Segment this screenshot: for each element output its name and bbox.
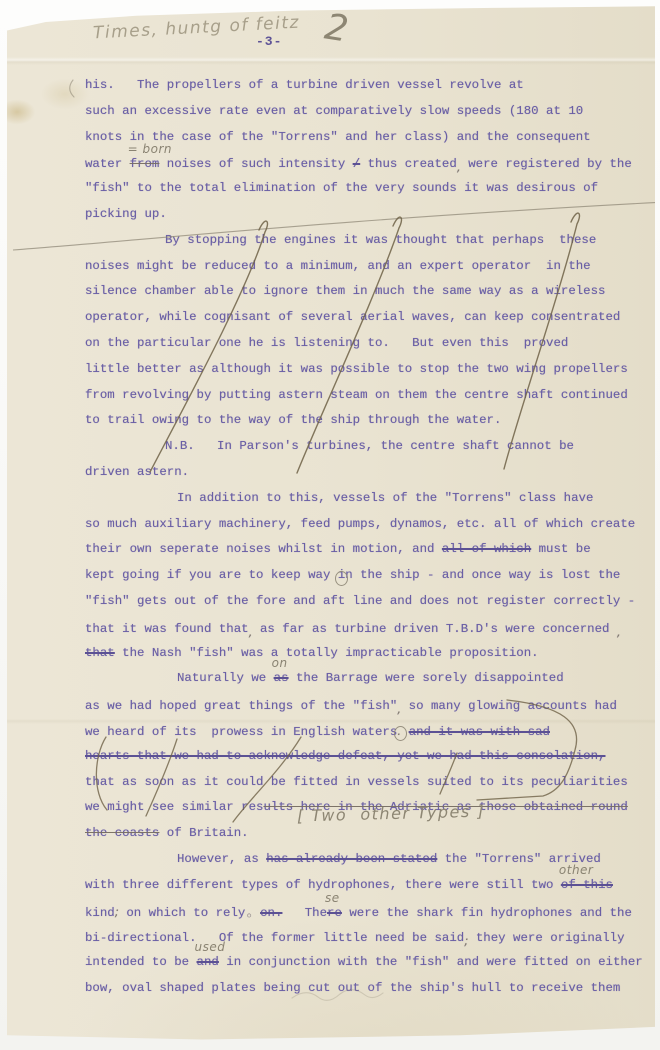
typed-text-segment: were the shark fin hydrophones and the [342,906,632,920]
typed-text-segment: we heard of its prowess in English water… [85,725,397,739]
typed-line: "fish" gets out of the fore and aft line… [85,589,660,615]
typed-line: water from= born noises of such intensit… [85,150,660,176]
typed-line: bi-directional. Of the former little nee… [85,924,660,950]
corrected-text: ason [274,671,289,685]
typed-line: noises might be reduced to a minimum, an… [85,254,660,280]
struck-text: and [197,955,219,969]
typed-line: the coasts of Britain. [85,821,660,847]
pencil-correction: used [195,940,226,954]
struck-text: on. [260,906,282,920]
typed-text-segment: n the ship - and once way is lost the [345,568,620,582]
typed-text-segment: on the particular one he is listening to… [85,336,568,350]
typed-text-segment: However, as [177,852,266,866]
typed-line: to trail owing to the way of the ship th… [85,408,660,434]
typed-text-segment: of Britain. [159,826,248,840]
typed-text-segment: silence chamber able to ignore them in m… [85,284,606,298]
struck-text: that [85,646,115,660]
struck-text: re [327,906,342,920]
pencil-inline-mark: , [457,159,461,174]
typed-line: silence chamber able to ignore them in m… [85,279,660,305]
typed-text-segment: operator, while cognisant of several aer… [85,310,620,324]
typed-page-number: -3- [256,34,282,49]
typed-text-segment: By stopping the engines it was thought t… [165,233,596,247]
typed-line: kept going if you are to keep way in the… [85,563,660,589]
typed-line: his. The propellers of a turbine driven … [85,73,660,99]
typed-text-segment: from revolving by putting astern steam o… [85,388,628,402]
typed-text-segment: so many glowing accounts had [401,699,617,713]
typed-text-segment: they were originally [468,931,624,945]
typed-text-segment: i [338,568,345,582]
typed-text-segment: In addition to this, vessels of the "Tor… [177,491,593,505]
typed-text-segment: "fish" gets out of the fore and aft line… [85,594,635,608]
typed-text-segment: little better as although it was possibl… [85,362,628,376]
typed-text-segment: so much auxiliary machinery, feed pumps,… [85,517,635,531]
typed-line: bow, oval shaped plates being cut out of… [85,976,660,1002]
typed-text-segment: with three different types of hydrophone… [85,878,561,892]
typed-text-segment: as far as turbine driven T.B.D's were co… [253,622,617,636]
typed-text-segment: Naturally we [177,671,274,685]
pencil-inline-mark: , [249,624,253,639]
pencil-inline-mark: ◦ [245,908,252,923]
pencil-correction: on [272,656,288,670]
typed-text-segment [253,906,260,920]
struck-text: all of which [442,542,531,556]
typed-line: N.B. In Parson's turbines, the centre sh… [85,434,660,460]
typed-line: as we had hoped great things of the "fis… [85,692,660,718]
pencil-inline-mark: , [617,624,621,639]
typed-text-segment: "fish" to the total elimination of the v… [85,181,598,195]
typed-text-segment: we might see similar res [85,800,263,814]
typed-line: hearts that we had to acknowledge defeat… [85,744,660,770]
typed-text-segment: as we had hoped great things of the "fis… [85,699,397,713]
typed-text-segment: their own seperate noises whilst in moti… [85,542,442,556]
manuscript-page: Times, huntg of feitz -3- 2 his. The pro… [7,0,655,1050]
corrected-text: rese [327,906,342,920]
typed-text-segment: in conjunction with the "fish" and were … [219,955,643,969]
typed-text-segment: bi-directional. Of the former little nee… [85,931,464,945]
typed-text-segment: noises might be reduced to a minimum, an… [85,259,591,273]
corrected-text: andused [197,955,219,969]
typed-text-segment: water [85,157,130,171]
typed-text-segment: intended to be [85,955,197,969]
corrected-text: of thisother [561,878,613,892]
typed-line: from revolving by putting astern steam o… [85,383,660,409]
typed-line: that it was found that, as far as turbin… [85,615,660,641]
typed-line: By stopping the engines it was thought t… [85,228,660,254]
typed-text-segment: the Nash "fish" was a totally impractica… [115,646,539,660]
struck-text: and it was with sad [409,725,550,739]
typed-line: on the particular one he is listening to… [85,331,660,357]
typed-text-segment: noises of such intensity [159,157,352,171]
typed-line: Naturally we ason the Barrage were sorel… [85,666,660,692]
typed-text-segment: bow, oval shaped plates being cut out of… [85,981,620,995]
typed-text-segment: his. The propellers of a turbine driven … [85,78,524,92]
typed-text-segment: were registered by the [461,157,632,171]
typed-line: we heard of its prowess in English water… [85,718,660,744]
typed-text-segment: kept going if you are to keep way [85,568,338,582]
typed-line: that as soon as it could be fitted in ve… [85,770,660,796]
typed-text-segment: that as soon as it could be fitted in ve… [85,775,628,789]
typed-line: driven astern. [85,460,660,486]
typed-text-segment: must be [531,542,591,556]
typed-body: his. The propellers of a turbine driven … [85,73,660,1002]
struck-text: has already been stated [266,852,437,866]
typed-text-segment: the Barrage were sorely disappointed [289,671,564,685]
typed-line: that the Nash "fish" was a totally impra… [85,641,660,667]
pencil-correction: se [325,891,340,905]
typed-text-segment: on which to rely [119,906,245,920]
typed-line: their own seperate noises whilst in moti… [85,537,660,563]
typed-line: intended to be andused in conjunction wi… [85,950,660,976]
struck-text: as [274,671,289,685]
typed-text-segment: to trail owing to the way of the ship th… [85,413,501,427]
typed-text-segment: such an excessive rate even at comparati… [85,104,583,118]
corrected-text: from= born [130,157,160,171]
typed-text-segment: kind [85,906,115,920]
typed-text-segment: N.B. In Parson's turbines, the centre sh… [165,439,574,453]
typed-line: kind; on which to rely◦ on. Therese were… [85,899,660,925]
struck-text: of this [561,878,613,892]
typed-line: with three different types of hydrophone… [85,873,660,899]
typed-line: "fish" to the total elimination of the v… [85,176,660,202]
pencil-inline-mark: ; [464,933,468,948]
typed-text-segment: driven astern. [85,465,189,479]
struck-text: hearts that we had to acknowledge defeat… [85,749,606,763]
typed-line: little better as although it was possibl… [85,357,660,383]
pencil-correction: other [559,863,593,877]
typed-line: In addition to this, vessels of the "Tor… [85,486,660,512]
pencil-correction: = born [128,142,172,156]
typed-line: so much auxiliary machinery, feed pumps,… [85,512,660,538]
typed-text-segment: The [282,906,327,920]
typed-text-segment: thus created [360,157,457,171]
pencil-page-number: 2 [322,6,351,50]
typed-text-segment: that it was found that [85,622,249,636]
typed-line: picking up. [85,202,660,228]
photo-background: Times, huntg of feitz -3- 2 his. The pro… [0,0,660,1050]
pencil-inline-mark: , [397,701,401,716]
typed-line: such an excessive rate even at comparati… [85,99,660,125]
struck-text: the coasts [85,826,159,840]
typed-text-segment: picking up. [85,207,167,221]
typed-line: operator, while cognisant of several aer… [85,305,660,331]
struck-text: from [130,157,160,171]
pencil-inline-mark: . [397,723,401,738]
